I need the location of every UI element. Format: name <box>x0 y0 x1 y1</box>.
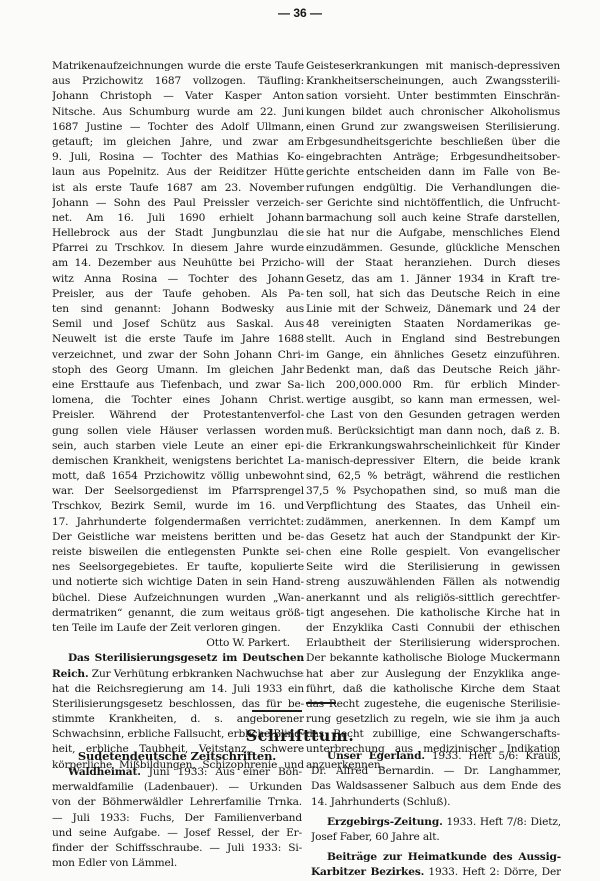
article-line: Preisler, aus der Taufe gehoben. Als Pa- <box>52 287 304 302</box>
bibliography-entry: Erzgebirgs-Zeitung. 1933. Heft 7/8: Diet… <box>311 815 561 845</box>
article-line: Hellebrock aus der Stadt Jungbunzlau die <box>52 226 304 241</box>
right-column: Geisteserkrankungen mit manisch-depressi… <box>306 59 560 773</box>
article-line: che Last von den Gesunden getragen werde… <box>306 408 560 423</box>
article-line: barmachung soll auch keine Strafe darste… <box>306 211 560 226</box>
article-line: ten sind genannt: Johann Bodwesky aus <box>52 302 304 317</box>
article-line: rufungen endgültig. Die Verhandlungen di… <box>306 181 560 196</box>
article-line: einen Grund zur zwangsweisen Sterilisier… <box>306 120 560 135</box>
article-line: reiste bisweilen die entlegensten Punkte… <box>52 545 304 560</box>
article-line: Matrikenaufzeichnungen wurde die erste T… <box>52 59 304 74</box>
entry-line: Das Waldsassener Salbuch aus dem Ende de… <box>311 779 561 794</box>
article-line: manisch-depressiver Eltern, die beide kr… <box>306 454 560 469</box>
article-line: Preisler. Während der Protestantenverfol… <box>52 408 304 423</box>
article-line: Seite wird die Sterilisierung in gewisse… <box>306 560 560 575</box>
entry-title-line: Unser Egerland. 1933. Heft 5/6: Krauß, <box>311 749 561 764</box>
article-line: sind, 62,5 % beträgt, während die restli… <box>306 469 560 484</box>
article-line: 1687 Justine — Tochter des Adolf Ullmann… <box>52 120 304 135</box>
article-line: das Recht zugestehe, die eugenische Ster… <box>306 697 560 712</box>
article-line: streng auszuwählenden Fällen als notwend… <box>306 575 560 590</box>
article-title: Das Sterilisierungsgesetz im Deutschen <box>68 652 304 664</box>
article-line: Krankheitserscheinungen, auch Zwangsster… <box>306 74 560 89</box>
entry-line: Karbitzer Bezirkes. 1933. Heft 2: Dörre,… <box>311 865 561 880</box>
article-line: stellt. Auch in England sind Bestrebunge… <box>306 332 560 347</box>
entry-line: — Juli 1933: Fuchs, Der Familienverband <box>52 811 302 826</box>
section-divider-right <box>306 702 336 704</box>
article-line: war. Der Seelsorgedienst im Pfarrsprenge… <box>52 484 304 499</box>
article-line: Trschkov, Bezirk Semil, wurde im 16. und <box>52 499 304 514</box>
entry-line: mon Edler von Lämmel. <box>52 856 302 871</box>
entry-line: von der Böhmerwäldler Lehrerfamilie Trnk… <box>52 795 302 810</box>
article-line: verzeichnet, und zwar der Sohn Johann Ch… <box>52 348 304 363</box>
article-line: witz Anna Rosina — Tochter des Johann <box>52 272 304 287</box>
entry-line: finder der Schiffsschraube. — Juli 1933:… <box>52 841 302 856</box>
article-line: ten soll, hat sich das Deutsche Reich in… <box>306 287 560 302</box>
article-line: Verpflichtung des Staates, das Unheil ei… <box>306 499 560 514</box>
article-line: hat die Reichsregierung am 14. Juli 1933… <box>52 682 304 697</box>
article-line: sein, auch starben viele Leute an einer … <box>52 439 304 454</box>
article-line: kungen bildet auch chronischer Alkoholis… <box>306 105 560 120</box>
article-line: Reich. Zur Verhütung erbkranken Nachwuch… <box>52 667 304 682</box>
article-title-line: Das Sterilisierungsgesetz im Deutschen <box>52 651 304 666</box>
entry-line: 14. Jahrhunderts (Schluß). <box>311 795 561 810</box>
article-line: ist als erste Taufe 1687 am 23. November <box>52 181 304 196</box>
article-line: ten Teile im Laufe der Zeit verloren gin… <box>52 621 304 636</box>
article-title-end: Reich. <box>52 668 89 680</box>
section-title-schrifttum: Schrifttum. <box>0 726 600 745</box>
article-line: sation vorsieht. Unter bestimmten Einsch… <box>306 89 560 104</box>
article-line: stoph des Georg Umann. Im gleichen Jahr <box>52 363 304 378</box>
article-line: chen eine Rolle gespielt. Von evangelisc… <box>306 545 560 560</box>
article-line: dermatriken“ genannt, die zum weitaus gr… <box>52 606 304 621</box>
article-line: demischen Krankheit, wenigstens berichte… <box>52 454 304 469</box>
article-line: sie hat nur die Aufgabe, menschliches El… <box>306 226 560 241</box>
article-line: die Erkrankungswahrscheinlichkeit für Ki… <box>306 439 560 454</box>
article-line: der Enzyklika Casti Connubii der ethisch… <box>306 621 560 636</box>
subheading-sudetendeutsche: Sudetendeutsche Zeitschriften. <box>52 749 302 765</box>
article-line: Erlaubtheit der Sterilisierung widerspro… <box>306 636 560 651</box>
article-line: einzudämmen. Gesunde, glückliche Mensche… <box>306 241 560 256</box>
article-continuation: Geisteserkrankungen mit manisch-depressi… <box>306 59 560 773</box>
article-line: Neuwelt ist die erste Taufe im Jahre 168… <box>52 332 304 347</box>
section-divider-left <box>252 710 302 712</box>
article-line: am 14. Dezember aus Neuhütte bei Przicho… <box>52 256 304 271</box>
article-line: gung sollen viele Häuser verlassen worde… <box>52 424 304 439</box>
article-line: rung gesetzlich zu regeln, wie sie ihm j… <box>306 712 560 727</box>
article-line: Semil und Josef Schütz aus Saskal. Aus <box>52 317 304 332</box>
schrifttum-right: Unser Egerland. 1933. Heft 5/6: Krauß,Dr… <box>311 749 561 881</box>
bibliography-entry: Beiträge zur Heimatkunde des Aussig-Karb… <box>311 850 561 880</box>
entry-line: merwaldfamilie (Ladenbauer). — Urkunden <box>52 780 302 795</box>
article-line: Pfarrei zu Trschkov. In diesem Jahre wur… <box>52 241 304 256</box>
schrifttum-left: Sudetendeutsche Zeitschriften. Waldheima… <box>52 749 302 871</box>
left-column: Matrikenaufzeichnungen wurde die erste T… <box>52 59 304 773</box>
article-line: Nitsche. Aus Schumburg wurde am 22. Juni <box>52 105 304 120</box>
article-line: eine Ersttaufe aus Tiefenbach, und zwar … <box>52 378 304 393</box>
article-line: muß. Berücksichtigt man dann noch, daß z… <box>306 424 560 439</box>
article-line: Der Geistliche war meistens beritten und… <box>52 530 304 545</box>
author-signature: Otto W. Parkert. <box>52 636 304 651</box>
article-line: büchel. Diese Aufzeichnungen wurden „Wan… <box>52 591 304 606</box>
article-line: zudämmen, anerkennen. In dem Kampf um <box>306 515 560 530</box>
article-line: Johann Christoph — Vater Kasper Anton <box>52 89 304 104</box>
article-line: und notierte sich wichtige Daten in sein… <box>52 575 304 590</box>
article-line: tigt angesehen. Die katholische Kirche h… <box>306 606 560 621</box>
article-line: Linie mit der Schweiz, Dänemark und 24 d… <box>306 302 560 317</box>
article-line: nes Seelsorgegebietes. Er taufte, kopuli… <box>52 560 304 575</box>
article-line: 48 vereinigten Staaten Nordamerikas ge- <box>306 317 560 332</box>
article-line: Gesetz, das am 1. Jänner 1934 in Kraft t… <box>306 272 560 287</box>
article-line: anerkannt und als religiös-sittlich gere… <box>306 591 560 606</box>
entry-line: Josef Faber, 60 Jahre alt. <box>311 830 561 845</box>
article-line: 37,5 % Psychopathen sind, so muß man die <box>306 484 560 499</box>
article-line: Der bekannte katholische Biologe Muckerm… <box>306 651 560 666</box>
article-line: ser Gerichte sind nichtöffentlich, die U… <box>306 196 560 211</box>
entry-line: und seine Aufgabe. — Josef Ressel, der E… <box>52 826 302 841</box>
page-number: — 36 — <box>0 6 600 20</box>
article-line: lomena, die Tochter eines Johann Christ. <box>52 393 304 408</box>
article-line: 17. Jahrhunderte folgendermaßen verricht… <box>52 515 304 530</box>
article-line: 9. Juli, Rosina — Tochter des Mathias Ko… <box>52 150 304 165</box>
article-line: eingebrachten Anträge; Erbgesundheitsobe… <box>306 150 560 165</box>
article-line: laun aus Popelnitz. Aus der Reiditzer Hü… <box>52 165 304 180</box>
entry-title-line: Beiträge zur Heimatkunde des Aussig- <box>311 850 561 865</box>
article-line: will der Staat heranziehen. Durch dieses <box>306 256 560 271</box>
article-line: Geisteserkrankungen mit manisch-depressi… <box>306 59 560 74</box>
article-line: net. Am 16. Juli 1690 erhielt Johann <box>52 211 304 226</box>
article-line: mott, daß 1654 Przichowitz völlig unbewo… <box>52 469 304 484</box>
article-line: führt, daß die katholische Kirche dem St… <box>306 682 560 697</box>
bibliography-entry: Unser Egerland. 1933. Heft 5/6: Krauß,Dr… <box>311 749 561 810</box>
article-line: aus Przichowitz 1687 vollzogen. Täufling… <box>52 74 304 89</box>
article-line: getauft; im gleichen Jahre, und zwar am <box>52 135 304 150</box>
article-line: Erbgesundheitsgerichte beschließen über … <box>306 135 560 150</box>
article-line: Bedenkt man, daß das Deutsche Reich jähr… <box>306 363 560 378</box>
article-line: im Gange, ein ähnliches Gesetz einzuführ… <box>306 348 560 363</box>
entry-line: Dr. Alfred Bernardin. — Dr. Langhammer, <box>311 764 561 779</box>
article-parkert: Matrikenaufzeichnungen wurde die erste T… <box>52 59 304 636</box>
article-line: Johann — Sohn des Paul Preissler verzeic… <box>52 196 304 211</box>
article-line: wertige ausgibt, so kann man ermessen, w… <box>306 393 560 408</box>
entry-waldheimat: Waldheimat. Juni 1933: Aus einer Böh- <box>52 765 302 780</box>
article-line: stimmte Krankheiten, d. s. angeborener <box>52 712 304 727</box>
article-line: hat aber zur Auslegung der Enzyklika ang… <box>306 667 560 682</box>
article-line: das Gesetz hat auch der Standpunkt der K… <box>306 530 560 545</box>
article-line: lich 200,000.000 Rm. für erblich Minder- <box>306 378 560 393</box>
article-line: gerichte entscheiden dann im Falle von B… <box>306 165 560 180</box>
entry-title-line: Erzgebirgs-Zeitung. 1933. Heft 7/8: Diet… <box>311 815 561 830</box>
